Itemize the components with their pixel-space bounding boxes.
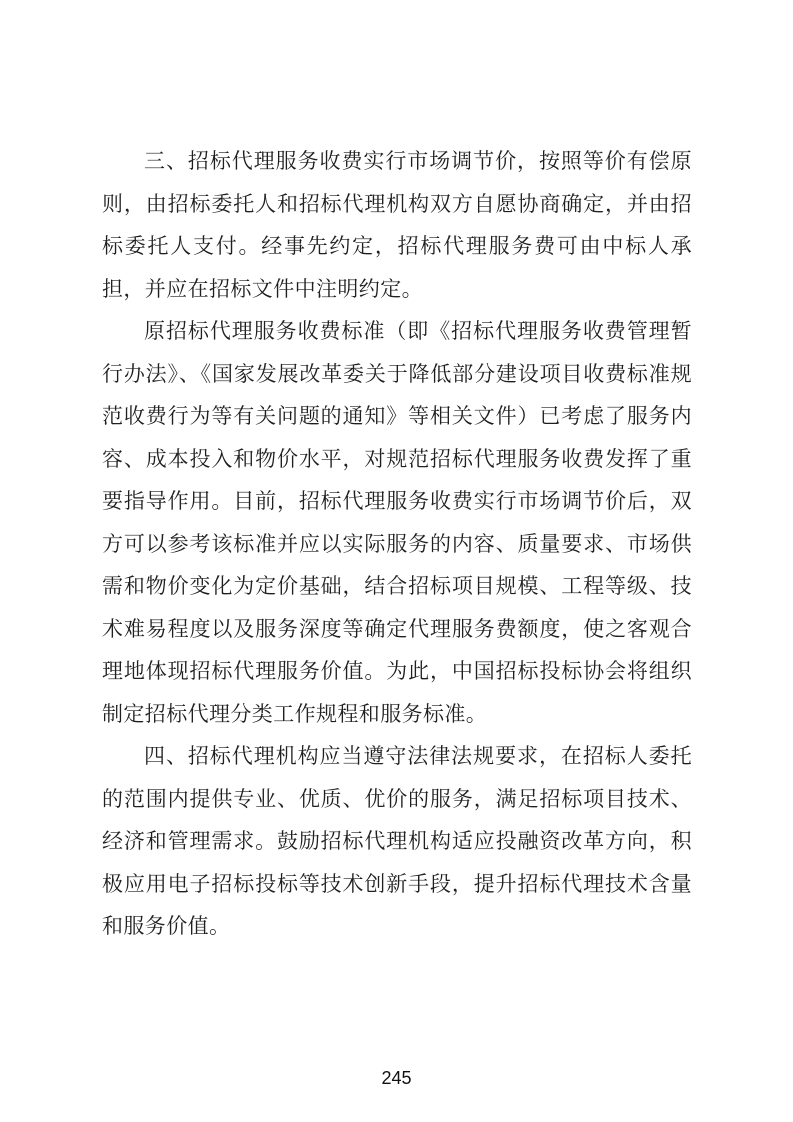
paragraph-agency-requirements: 四、招标代理机构应当遵守法律法规要求，在招标人委托的范围内提供专业、优质、优价的… bbox=[102, 735, 692, 948]
paragraph-original-fee-standard: 原招标代理服务收费标准（即《招标代理服务收费管理暂行办法》、《国家发展改革委关于… bbox=[102, 310, 692, 735]
page-number: 245 bbox=[0, 1068, 793, 1089]
document-page: 三、招标代理服务收费实行市场调节价，按照等价有偿原则，由招标委托人和招标代理机构… bbox=[0, 0, 793, 1122]
paragraph-fee-market-price: 三、招标代理服务收费实行市场调节价，按照等价有偿原则，由招标委托人和招标代理机构… bbox=[102, 140, 692, 310]
document-body: 三、招标代理服务收费实行市场调节价，按照等价有偿原则，由招标委托人和招标代理机构… bbox=[102, 140, 692, 948]
